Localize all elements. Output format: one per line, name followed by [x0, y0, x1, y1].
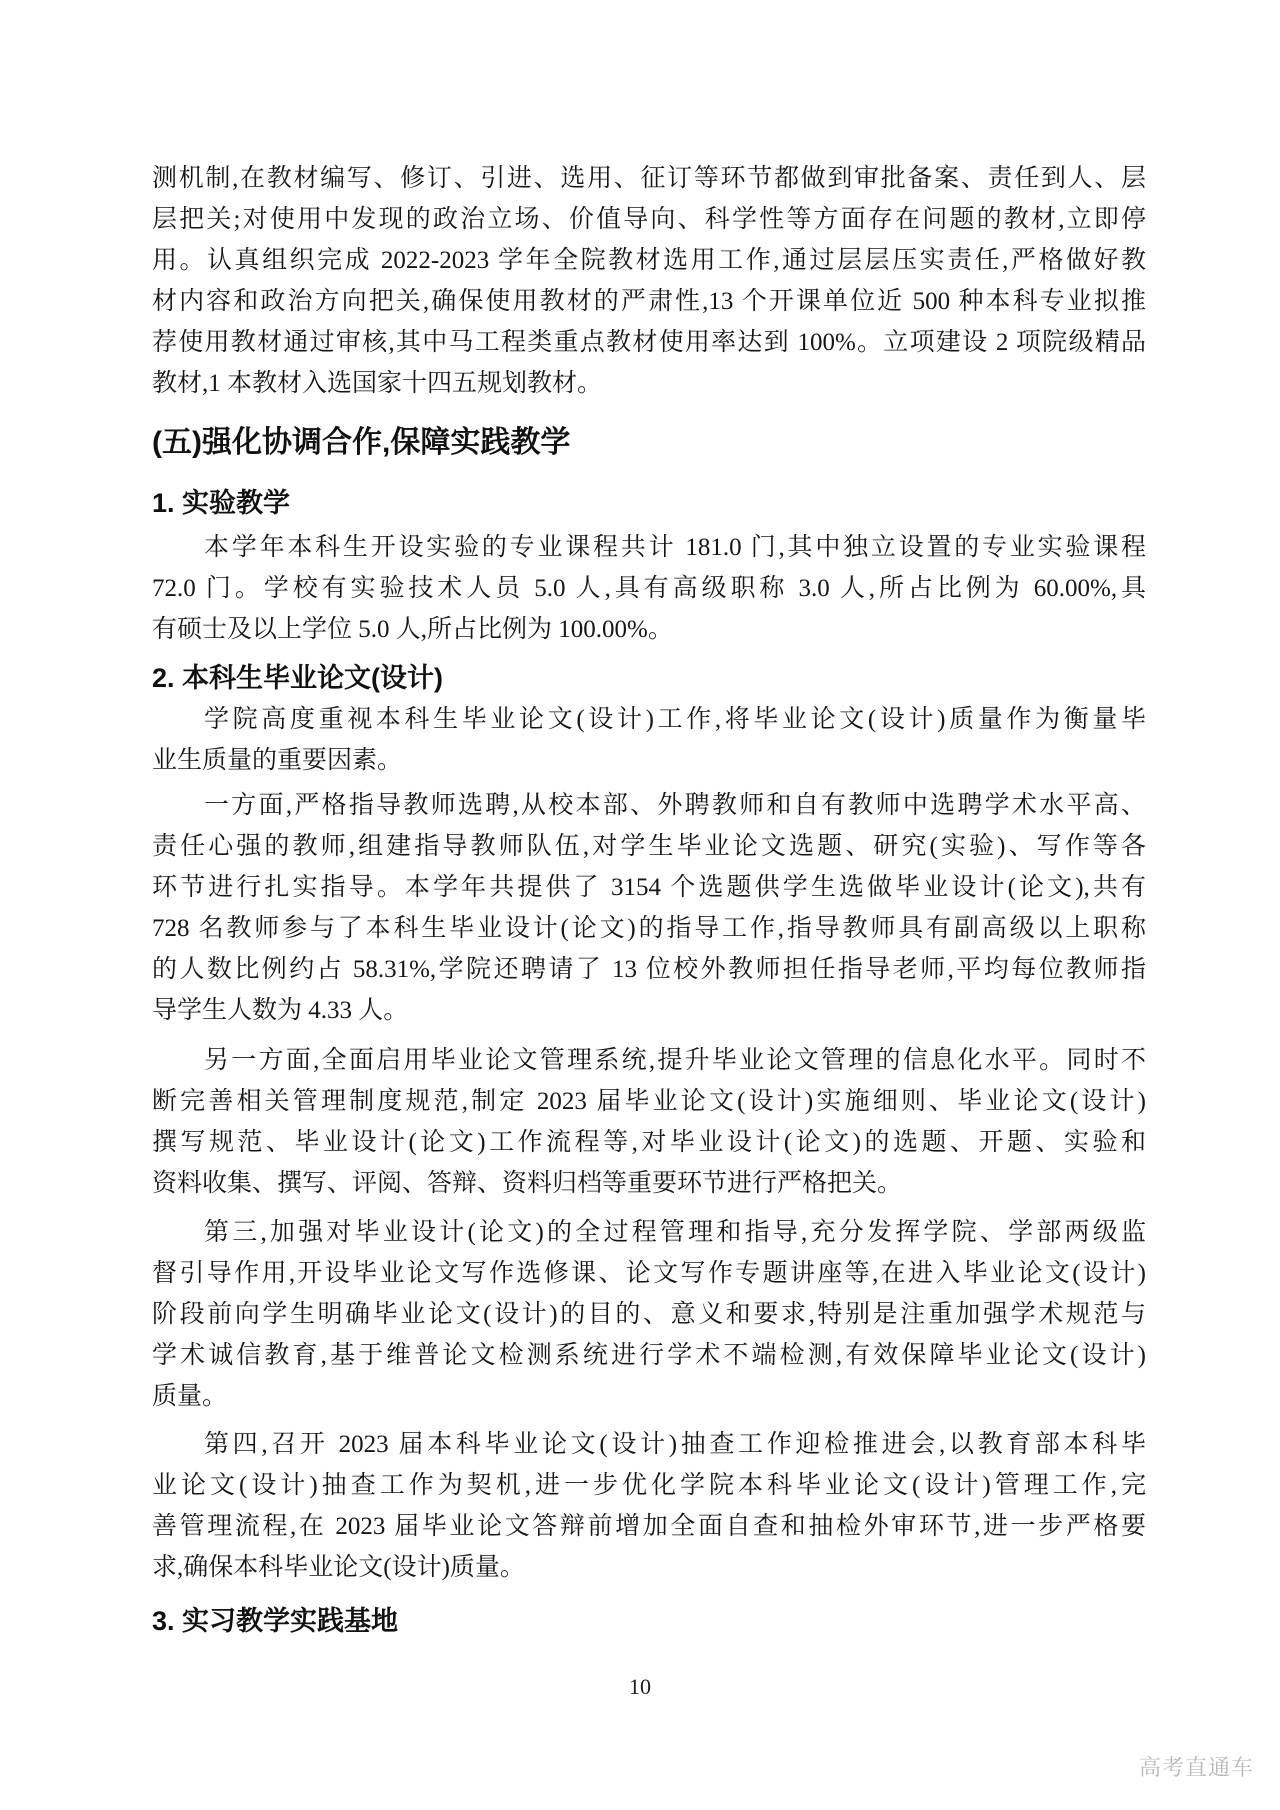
- text-line: 导学生人数为 4.33 人。: [152, 990, 1146, 1031]
- paragraph: 测机制,在教材编写、修订、引进、选用、征订等环节都做到审批备案、责任到人、层 层…: [152, 158, 1146, 404]
- text-line: 第四,召开 2023 届本科毕业论文(设计)抽查工作迎检推进会,以教育部本科毕: [152, 1424, 1146, 1465]
- text-line: 728 名教师参与了本科生毕业设计(论文)的指导工作,指导教师具有副高级以上职称: [152, 908, 1146, 949]
- text-line: 断完善相关管理制度规范,制定 2023 届毕业论文(设计)实施细则、毕业论文(设…: [152, 1081, 1146, 1122]
- subsection-heading: 2. 本科生毕业论文(设计): [152, 658, 1146, 698]
- text-line: 用。认真组织完成 2022-2023 学年全院教材选用工作,通过层层压实责任,严…: [152, 240, 1146, 281]
- paragraph: 另一方面,全面启用毕业论文管理系统,提升毕业论文管理的信息化水平。同时不 断完善…: [152, 1040, 1146, 1204]
- text-line: 督引导作用,开设毕业论文写作选修课、论文写作专题讲座等,在进入毕业论文(设计): [152, 1253, 1146, 1294]
- text-line: 质量。: [152, 1376, 1146, 1417]
- paragraph: 第四,召开 2023 届本科毕业论文(设计)抽查工作迎检推进会,以教育部本科毕 …: [152, 1424, 1146, 1588]
- text-line: 一方面,严格指导教师选聘,从校本部、外聘教师和自有教师中选聘学术水平高、: [152, 785, 1146, 826]
- text-line: 本学年本科生开设实验的专业课程共计 181.0 门,其中独立设置的专业实验课程: [152, 527, 1146, 568]
- document-page: 测机制,在教材编写、修订、引进、选用、征订等环节都做到审批备案、责任到人、层 层…: [0, 0, 1280, 1810]
- text-line: 的人数比例约占 58.31%,学院还聘请了 13 位校外教师担任指导老师,平均每…: [152, 949, 1146, 990]
- text-line: 测机制,在教材编写、修订、引进、选用、征订等环节都做到审批备案、责任到人、层: [152, 158, 1146, 199]
- text-line: 另一方面,全面启用毕业论文管理系统,提升毕业论文管理的信息化水平。同时不: [152, 1040, 1146, 1081]
- text-line: 责任心强的教师,组建指导教师队伍,对学生毕业论文选题、研究(实验)、写作等各: [152, 826, 1146, 867]
- paragraph: 学院高度重视本科生毕业论文(设计)工作,将毕业论文(设计)质量作为衡量毕 业生质…: [152, 699, 1146, 781]
- text-line: 求,确保本科毕业论文(设计)质量。: [152, 1547, 1146, 1588]
- paragraph: 一方面,严格指导教师选聘,从校本部、外聘教师和自有教师中选聘学术水平高、 责任心…: [152, 785, 1146, 1031]
- paragraph: 本学年本科生开设实验的专业课程共计 181.0 门,其中独立设置的专业实验课程 …: [152, 527, 1146, 650]
- text-line: 荐使用教材通过审核,其中马工程类重点教材使用率达到 100%。立项建设 2 项院…: [152, 322, 1146, 363]
- text-line: 教材,1 本教材入选国家十四五规划教材。: [152, 363, 1146, 404]
- paragraph: 第三,加强对毕业设计(论文)的全过程管理和指导,充分发挥学院、学部两级监 督引导…: [152, 1212, 1146, 1417]
- text-line: 业论文(设计)抽查工作为契机,进一步优化学院本科毕业论文(设计)管理工作,完: [152, 1465, 1146, 1506]
- text-line: 72.0 门。学校有实验技术人员 5.0 人,具有高级职称 3.0 人,所占比例…: [152, 568, 1146, 609]
- text-line: 环节进行扎实指导。本学年共提供了 3154 个选题供学生选做毕业设计(论文),共…: [152, 867, 1146, 908]
- text-line: 层把关;对使用中发现的政治立场、价值导向、科学性等方面存在问题的教材,立即停: [152, 199, 1146, 240]
- text-line: 学术诚信教育,基于维普论文检测系统进行学术不端检测,有效保障毕业论文(设计): [152, 1335, 1146, 1376]
- subsection-heading: 1. 实验教学: [152, 483, 1146, 523]
- text-line: 有硕士及以上学位 5.0 人,所占比例为 100.00%。: [152, 609, 1146, 650]
- text-line: 善管理流程,在 2023 届毕业论文答辩前增加全面自查和抽检外审环节,进一步严格…: [152, 1506, 1146, 1547]
- page-number: 10: [0, 1672, 1280, 1702]
- watermark: 高考直通车: [1139, 1754, 1254, 1782]
- text-line: 撰写规范、毕业设计(论文)工作流程等,对毕业设计(论文)的选题、开题、实验和: [152, 1122, 1146, 1163]
- text-line: 材内容和政治方向把关,确保使用教材的严肃性,13 个开课单位近 500 种本科专…: [152, 281, 1146, 322]
- subsection-heading: 3. 实习教学实践基地: [152, 1601, 1146, 1641]
- document-content: 测机制,在教材编写、修订、引进、选用、征订等环节都做到审批备案、责任到人、层 层…: [152, 0, 1146, 1641]
- text-line: 业生质量的重要因素。: [152, 740, 1146, 781]
- text-line: 阶段前向学生明确毕业论文(设计)的目的、意义和要求,特别是注重加强学术规范与: [152, 1294, 1146, 1335]
- text-line: 资料收集、撰写、评阅、答辩、资料归档等重要环节进行严格把关。: [152, 1163, 1146, 1204]
- text-line: 第三,加强对毕业设计(论文)的全过程管理和指导,充分发挥学院、学部两级监: [152, 1212, 1146, 1253]
- section-heading: (五)强化协调合作,保障实践教学: [152, 421, 1146, 465]
- text-line: 学院高度重视本科生毕业论文(设计)工作,将毕业论文(设计)质量作为衡量毕: [152, 699, 1146, 740]
